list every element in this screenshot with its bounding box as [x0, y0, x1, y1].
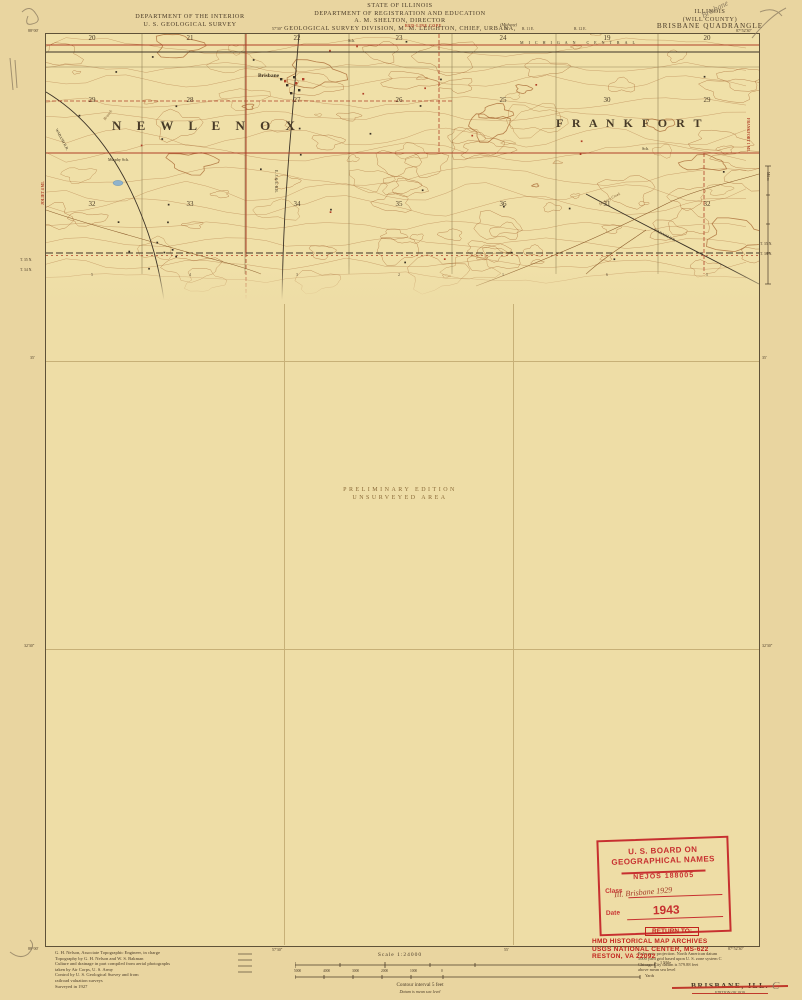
section-number: 36: [495, 200, 511, 208]
quad-line3: BRISBANE QUADRANGLE: [620, 23, 800, 31]
handwritten-note-bottom-right: C: [772, 980, 779, 992]
bgn-date-value-stamp: 1943: [653, 902, 680, 917]
section-number: 25: [495, 96, 511, 104]
contour-interval-note: Contour interval 5 feet: [340, 982, 500, 988]
index-marks: [236, 950, 256, 990]
section-number: 3: [289, 272, 305, 277]
section-number: 2: [391, 272, 407, 277]
scale-feet-label: 5000: [294, 969, 301, 973]
scale-feet-label: 4000: [323, 969, 330, 973]
credit-line: Surveyed in 1927: [55, 984, 170, 990]
preliminary-line1: PRELIMINARY EDITION: [300, 486, 500, 494]
state-line1: STATE OF ILLINOIS: [270, 2, 530, 10]
pond: [113, 180, 123, 185]
scale-feet-label: 0: [441, 969, 443, 973]
section-number: 34: [289, 200, 305, 208]
scale-feet-label: 2000: [381, 969, 388, 973]
lon-tick-top-1: 57'30": [272, 26, 282, 31]
range-label-11e: R. 11 E.: [522, 27, 534, 31]
section-number: 32: [84, 200, 100, 208]
adjoining-note-left: JOLIET 4 MI.: [41, 181, 45, 205]
scale-bar-yards: [295, 974, 645, 982]
lat-tick-right-1: 35': [762, 355, 767, 360]
lon-tick-bottom-2: 55': [504, 947, 509, 952]
graticule-horizontal-2: [46, 649, 759, 650]
township-name-new-lenox: N E W L E N O X: [112, 118, 301, 134]
preliminary-edition-note: PRELIMINARY EDITION UNSURVEYED AREA: [300, 486, 500, 502]
dept-line1: DEPARTMENT OF THE INTERIOR: [85, 13, 295, 21]
section-number: 4: [182, 272, 198, 277]
section-number: 32: [699, 200, 715, 208]
credits-block: G. H. Nelson, Associate Topographic Engi…: [55, 950, 170, 989]
bgn-code: NEJOS 188005: [600, 871, 728, 882]
section-number: 6: [599, 272, 615, 277]
lat-tick-right-2: 32'30": [762, 643, 772, 648]
state-line3: A. M. SHELTON, DIRECTOR: [270, 17, 530, 25]
edition-strike-line: [692, 993, 768, 994]
town-label-brisbane: Brisbane: [258, 73, 279, 79]
scale-label: Scale 1:24000: [335, 952, 465, 958]
range-label-12e: R. 12 E.: [574, 27, 586, 31]
section-number: 29: [699, 96, 715, 104]
railroad-label-michigan-central: MICHIGAN CENTRAL: [470, 40, 690, 45]
twp-label-left-upper: T. 35 N.: [20, 258, 32, 262]
scale-yards-label: Yards: [645, 973, 654, 978]
section-number: 23: [391, 34, 407, 42]
dept-line2: U. S. GEOLOGICAL SURVEY: [85, 21, 295, 29]
section-number: 5: [699, 272, 715, 277]
miles-ruler-label: Miles: [766, 172, 770, 181]
section-number: 22: [289, 34, 305, 42]
return-to-line: USGS NATIONAL CENTER, MS-622: [592, 946, 752, 954]
lon-tick-top-2: 55': [504, 26, 509, 31]
preliminary-line2: UNSURVEYED AREA: [300, 494, 500, 502]
section-number: 33: [182, 200, 198, 208]
section-number: 5: [84, 272, 100, 277]
section-number: 20: [84, 34, 100, 42]
topographic-map-area: [46, 34, 759, 300]
graticule-vertical-1: [284, 304, 285, 945]
railroad-label-eje: E. J. & E. R.R.: [274, 170, 278, 193]
section-number: 1: [495, 272, 511, 277]
section-number: 20: [699, 34, 715, 42]
red-line-copy-note: RED-LINE COPY: [405, 24, 442, 28]
twp-label-left-lower: T. 34 N.: [20, 268, 32, 272]
return-to-line: HMD HISTORICAL MAP ARCHIVES: [592, 938, 752, 946]
map-paper: [46, 34, 759, 300]
school-label-murphy: Murphy Sch.: [108, 157, 129, 162]
school-label: Sch.: [348, 38, 355, 43]
section-number: 26: [391, 96, 407, 104]
school-label: Sch.: [642, 146, 649, 151]
section-number: 27: [289, 96, 305, 104]
graticule-horizontal-1: [46, 361, 759, 362]
corner-lon-top-right: 87°52'30": [736, 28, 752, 33]
section-number: 21: [182, 34, 198, 42]
return-to-line: RESTON, VA 22092: [592, 953, 752, 961]
graticule-vertical-2: [513, 304, 514, 945]
section-number: 30: [599, 96, 615, 104]
bgn-date-label: Date: [606, 910, 620, 917]
lon-tick-bottom-1: 57'30": [272, 947, 282, 952]
lat-tick-left-1: 35': [30, 355, 35, 360]
credit-line: Culture and drainage in part compiled fr…: [55, 961, 170, 967]
credit-line: G. H. Nelson, Associate Topographic Engi…: [55, 950, 170, 956]
return-to-heading: RETURN TO:: [645, 927, 699, 936]
department-heading: DEPARTMENT OF THE INTERIOR U. S. GEOLOGI…: [85, 13, 295, 28]
section-number: 35: [391, 200, 407, 208]
corner-lon-top-left: 88°00': [28, 28, 38, 33]
section-number: 28: [182, 96, 198, 104]
state-line2: DEPARTMENT OF REGISTRATION AND EDUCATION: [270, 10, 530, 18]
lat-tick-left-2: 32'30": [24, 643, 34, 648]
datum-note: Datum is mean sea level: [340, 989, 500, 994]
section-number: 29: [84, 96, 100, 104]
corner-lon-bottom-left: 88°00': [28, 946, 38, 951]
projection-line: above mean sea level: [638, 967, 798, 972]
adjoining-note-right: FRANKFORT 1 MI.: [746, 118, 750, 152]
scale-feet-label: 3000: [352, 969, 359, 973]
map-sheet-page: DEPARTMENT OF THE INTERIOR U. S. GEOLOGI…: [0, 0, 802, 1000]
township-name-frankfort: F R A N K F O R T: [556, 116, 705, 131]
return-to-stamp: RETURN TO: HMD HISTORICAL MAP ARCHIVES U…: [592, 920, 752, 961]
scale-feet-label: 1000: [410, 969, 417, 973]
